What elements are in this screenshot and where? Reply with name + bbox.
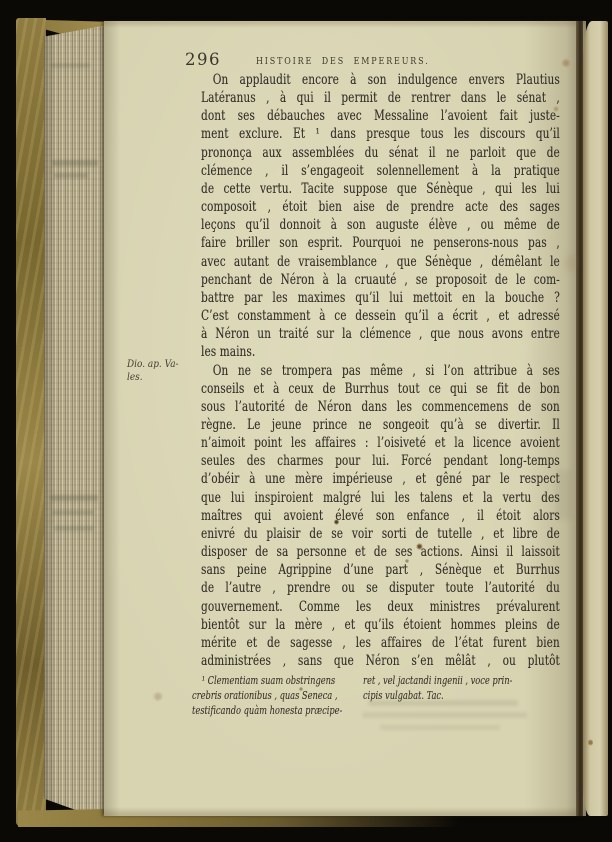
text-line: clémence , il s’engageoit solennellement… — [201, 162, 560, 180]
book-scan: 296 HISTOIRE DES EMPEREURS. Dio. ap. Va-… — [0, 0, 612, 842]
text-line: administrées , sans que Néron s’en mêlât… — [201, 652, 560, 670]
text-line: bientôt sur la mère , et qu’ils étoient … — [201, 616, 560, 634]
text-line: crebris orationibus , quas Seneca , — [192, 688, 365, 703]
foxing-spot — [553, 106, 559, 112]
text-line: conseils et à ceux de Burrhus tout ce qu… — [201, 380, 560, 398]
bleed-through-mark — [368, 700, 518, 706]
bleed-through-mark — [52, 510, 94, 515]
text-line: sous l’autorité de Néron dans les commen… — [201, 398, 560, 416]
page-stack-edges — [44, 24, 104, 816]
text-line: faire briller son esprit. Pourquoi ne pe… — [201, 234, 560, 252]
text-line: Dio. ap. Va- — [127, 358, 208, 371]
text-line: maîtres qui avoient élevé son enfance , … — [201, 507, 560, 525]
text-line: règne. Le jeune prince ne songeoit qu’à … — [201, 416, 560, 434]
text-line: enivré du plaisir de se voir sorti de tu… — [201, 525, 560, 543]
foxing-spot — [334, 519, 339, 525]
text-line: n’aimoit point les affaires : l’oisiveté… — [201, 434, 560, 452]
text-line: leçons qu’il donnoit à son auguste élève… — [201, 216, 560, 234]
footnote-column: ¹ Clementiam suam obstringenscrebris ora… — [192, 673, 365, 719]
text-line: testificando quàm honesta præcipe- — [192, 703, 365, 718]
bleed-through-mark — [54, 526, 94, 531]
foxing-spot — [405, 559, 409, 563]
text-line: ment exclure. Et ¹ dans presque tous les… — [201, 125, 560, 143]
foxing-spot — [299, 687, 303, 691]
book-page: 296 HISTOIRE DES EMPEREURS. Dio. ap. Va-… — [104, 21, 586, 816]
foxing-spot — [152, 692, 164, 701]
text-line: On applaudit encore à son indulgence env… — [201, 71, 560, 89]
text-line: disposer de sa personne et de ses action… — [201, 543, 560, 561]
text-line: avec autant de vraisemblance , que Sénèq… — [201, 253, 560, 271]
book-cover-edge — [16, 18, 46, 826]
text-line: à Néron un traité sur la clémence , que … — [201, 325, 560, 343]
gutter-crease — [576, 21, 583, 816]
footnote-column: ret , vel jactandi ingenii , voce prin-c… — [363, 673, 536, 703]
page-number: 296 — [185, 50, 221, 69]
running-header: HISTOIRE DES EMPEREURS. — [256, 56, 424, 67]
bleed-through-mark — [50, 495, 98, 501]
text-line: On ne se trompera pas même , si l’on att… — [201, 362, 560, 380]
facing-page-edge — [583, 21, 608, 816]
text-line: les mains. — [201, 343, 560, 361]
text-line: que lui inspiroient malgré lui les talen… — [201, 489, 560, 507]
foxing-spot — [416, 543, 423, 550]
body-text: On applaudit encore à son indulgence env… — [201, 71, 560, 670]
text-line: composoit , étoit bien aise de prendre a… — [201, 198, 560, 216]
text-line: sans peine Agrippine d’une part , Sénèqu… — [201, 561, 560, 579]
bleed-through-mark — [52, 160, 98, 166]
bleed-through-mark — [556, 470, 572, 520]
text-line: d’obéir à une mère impérieuse , et gêné … — [201, 470, 560, 488]
text-line: Latéranus , à qui il permit de rentrer d… — [201, 89, 560, 107]
margin-note: Dio. ap. Va-les. — [127, 358, 208, 383]
text-line: C’est constamment à ce dessein qu’il a é… — [201, 307, 560, 325]
text-line: ret , vel jactandi ingenii , voce prin- — [363, 673, 536, 688]
foxing-spot — [561, 58, 571, 68]
text-line: ¹ Clementiam suam obstringens — [192, 673, 365, 688]
text-line: les. — [127, 371, 208, 384]
text-line: gouvernement. Comme les deux ministres p… — [201, 598, 560, 616]
text-line: de l’autre , prendre ou se disputer tout… — [201, 579, 560, 597]
text-line: battre par les maximes qu’il lui mettoit… — [201, 289, 560, 307]
text-line: mérite et de sagesse , les affaires de l… — [201, 634, 560, 652]
bleed-through-mark — [380, 725, 500, 730]
text-line: penchant de Néron à la cruauté , se prop… — [201, 271, 560, 289]
text-line: de cette vertu. Tacite suppose que Sénèq… — [201, 180, 560, 198]
bleed-through-mark — [362, 712, 527, 718]
text-line: prononça aux assemblées du sénat il ne p… — [201, 144, 560, 162]
foxing-spot — [588, 739, 593, 746]
bleed-through-mark — [50, 63, 90, 68]
foxing-spot — [564, 248, 578, 278]
text-line: seules des charmes pour lui. Forcé penda… — [201, 452, 560, 470]
text-line: dont ses débauches avec Messaline l’avoi… — [201, 107, 560, 125]
bleed-through-mark — [54, 173, 88, 178]
